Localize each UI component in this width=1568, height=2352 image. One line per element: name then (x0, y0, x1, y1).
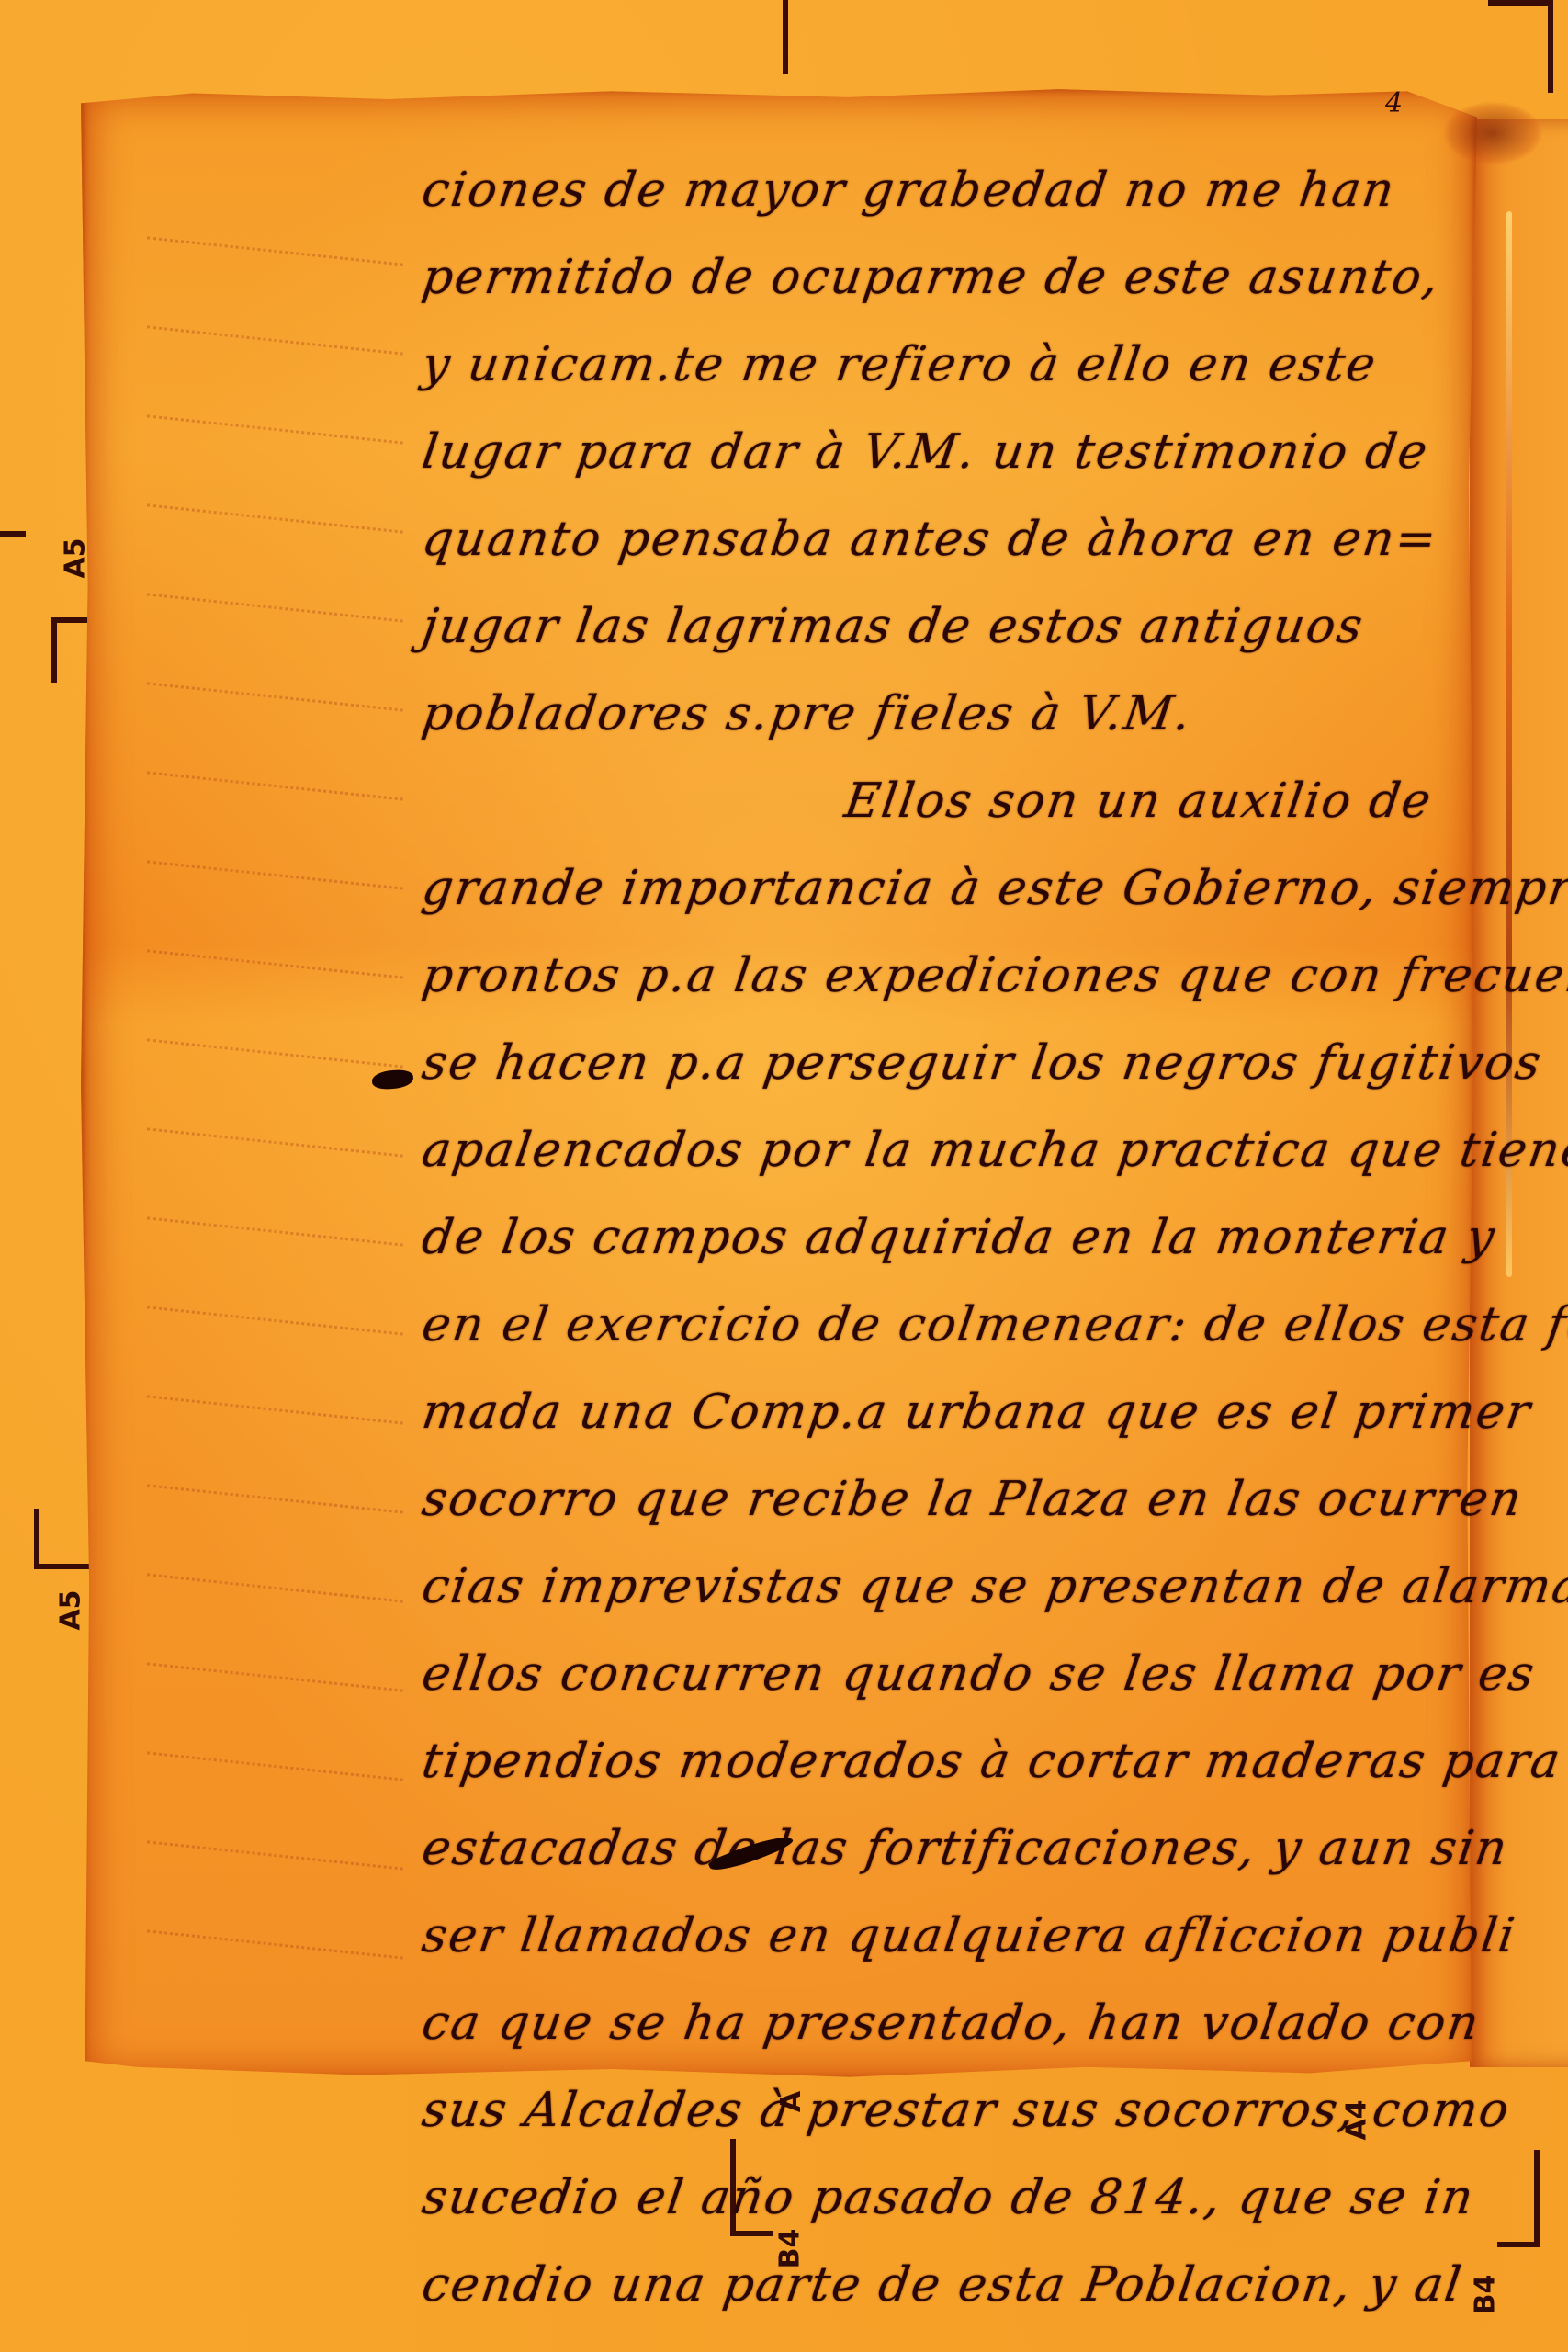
text-line: sucedio el año pasado de 814., que se in (416, 2154, 1457, 2242)
page-fold-crease (1506, 211, 1512, 1277)
ghost-line (147, 1918, 404, 1959)
ghost-line (147, 1384, 404, 1424)
text-line: cias imprevistas que se presentan de ala… (416, 1543, 1457, 1631)
folio-number: 4 (1385, 87, 1403, 119)
ghost-line (147, 1651, 404, 1691)
crop-mark-left-upper-tick (0, 531, 26, 537)
archive-label-a5-top: A5 (60, 537, 92, 578)
ghost-line (147, 1116, 404, 1157)
ghost-line (147, 760, 404, 800)
ghost-line (147, 1295, 404, 1335)
corner-damage (1442, 101, 1543, 165)
text-line: ellos concurren quando se les llama por … (416, 1631, 1457, 1718)
ghost-line (147, 1473, 404, 1513)
ghost-line (147, 492, 404, 533)
text-line: ser llamados en qualquiera afliccion pub… (416, 1893, 1457, 1980)
text-line: permitido de ocuparme de este asunto, (416, 234, 1457, 322)
crop-mark-top-right (1488, 0, 1553, 93)
ghost-line (147, 1740, 404, 1781)
text-line: ciones de mayor grabedad no me han (416, 147, 1457, 234)
text-line: y unicam.te me refiero à ello en este (416, 322, 1457, 409)
ghost-line (147, 671, 404, 711)
paragraph-start-line: Ellos son un auxilio de (416, 758, 1457, 845)
text-line: mada una Comp.a urbana que es el primer (416, 1369, 1457, 1456)
ghost-line (147, 938, 404, 978)
text-line: jugar las lagrimas de estos antiguos (416, 583, 1457, 671)
text-line: sus Alcaldes à prestar sus socorros, com… (416, 2067, 1457, 2154)
ghost-line (147, 1562, 404, 1602)
text-line: grande importancia à este Gobierno, siem… (416, 845, 1457, 933)
archive-label-a5-bottom: A5 (55, 1589, 87, 1630)
crop-mark-bottom-right (1497, 2150, 1540, 2247)
ghost-line (147, 1027, 404, 1068)
text-line: cendio una parte de esta Poblacion, y al (416, 2242, 1457, 2329)
ghost-line (147, 1829, 404, 1870)
bleed-through-text (147, 239, 432, 2076)
text-line: apalencados por la mucha practica que ti… (416, 1107, 1457, 1194)
text-line: pobladores s.pre fieles à V.M. (416, 671, 1457, 758)
crop-mark-top-center (783, 0, 788, 73)
text-line: estacadas de las fortificaciones, y aun … (416, 1805, 1457, 1893)
text-line: de los campos adquirida en la monteria y (416, 1194, 1457, 1282)
text-line: quanto pensaba antes de àhora en en= (416, 496, 1457, 583)
archive-label-b4-bottom-right: B4 (1469, 2275, 1501, 2315)
ghost-line (147, 849, 404, 889)
text-line: se hacen p.a perseguir los negros fugiti… (416, 1020, 1457, 1107)
text-line: lugar para dar à V.M. un testimonio de (416, 409, 1457, 496)
text-line: socorro que recibe la Plaza en las ocurr… (416, 1456, 1457, 1543)
text-line: prontos p.a las expediciones que con fre… (416, 933, 1457, 1020)
ghost-line (147, 1205, 404, 1246)
ghost-line (147, 582, 404, 622)
text-line: en el exercicio de colmenear: de ellos e… (416, 1282, 1457, 1369)
text-line: ca que se ha presentado, han volado con (416, 1980, 1457, 2067)
ghost-line (147, 314, 404, 355)
manuscript-text: ciones de mayor grabedad no me han permi… (423, 147, 1451, 2329)
ghost-line (147, 403, 404, 444)
text-line: tipendios moderados à cortar maderas par… (416, 1718, 1457, 1805)
